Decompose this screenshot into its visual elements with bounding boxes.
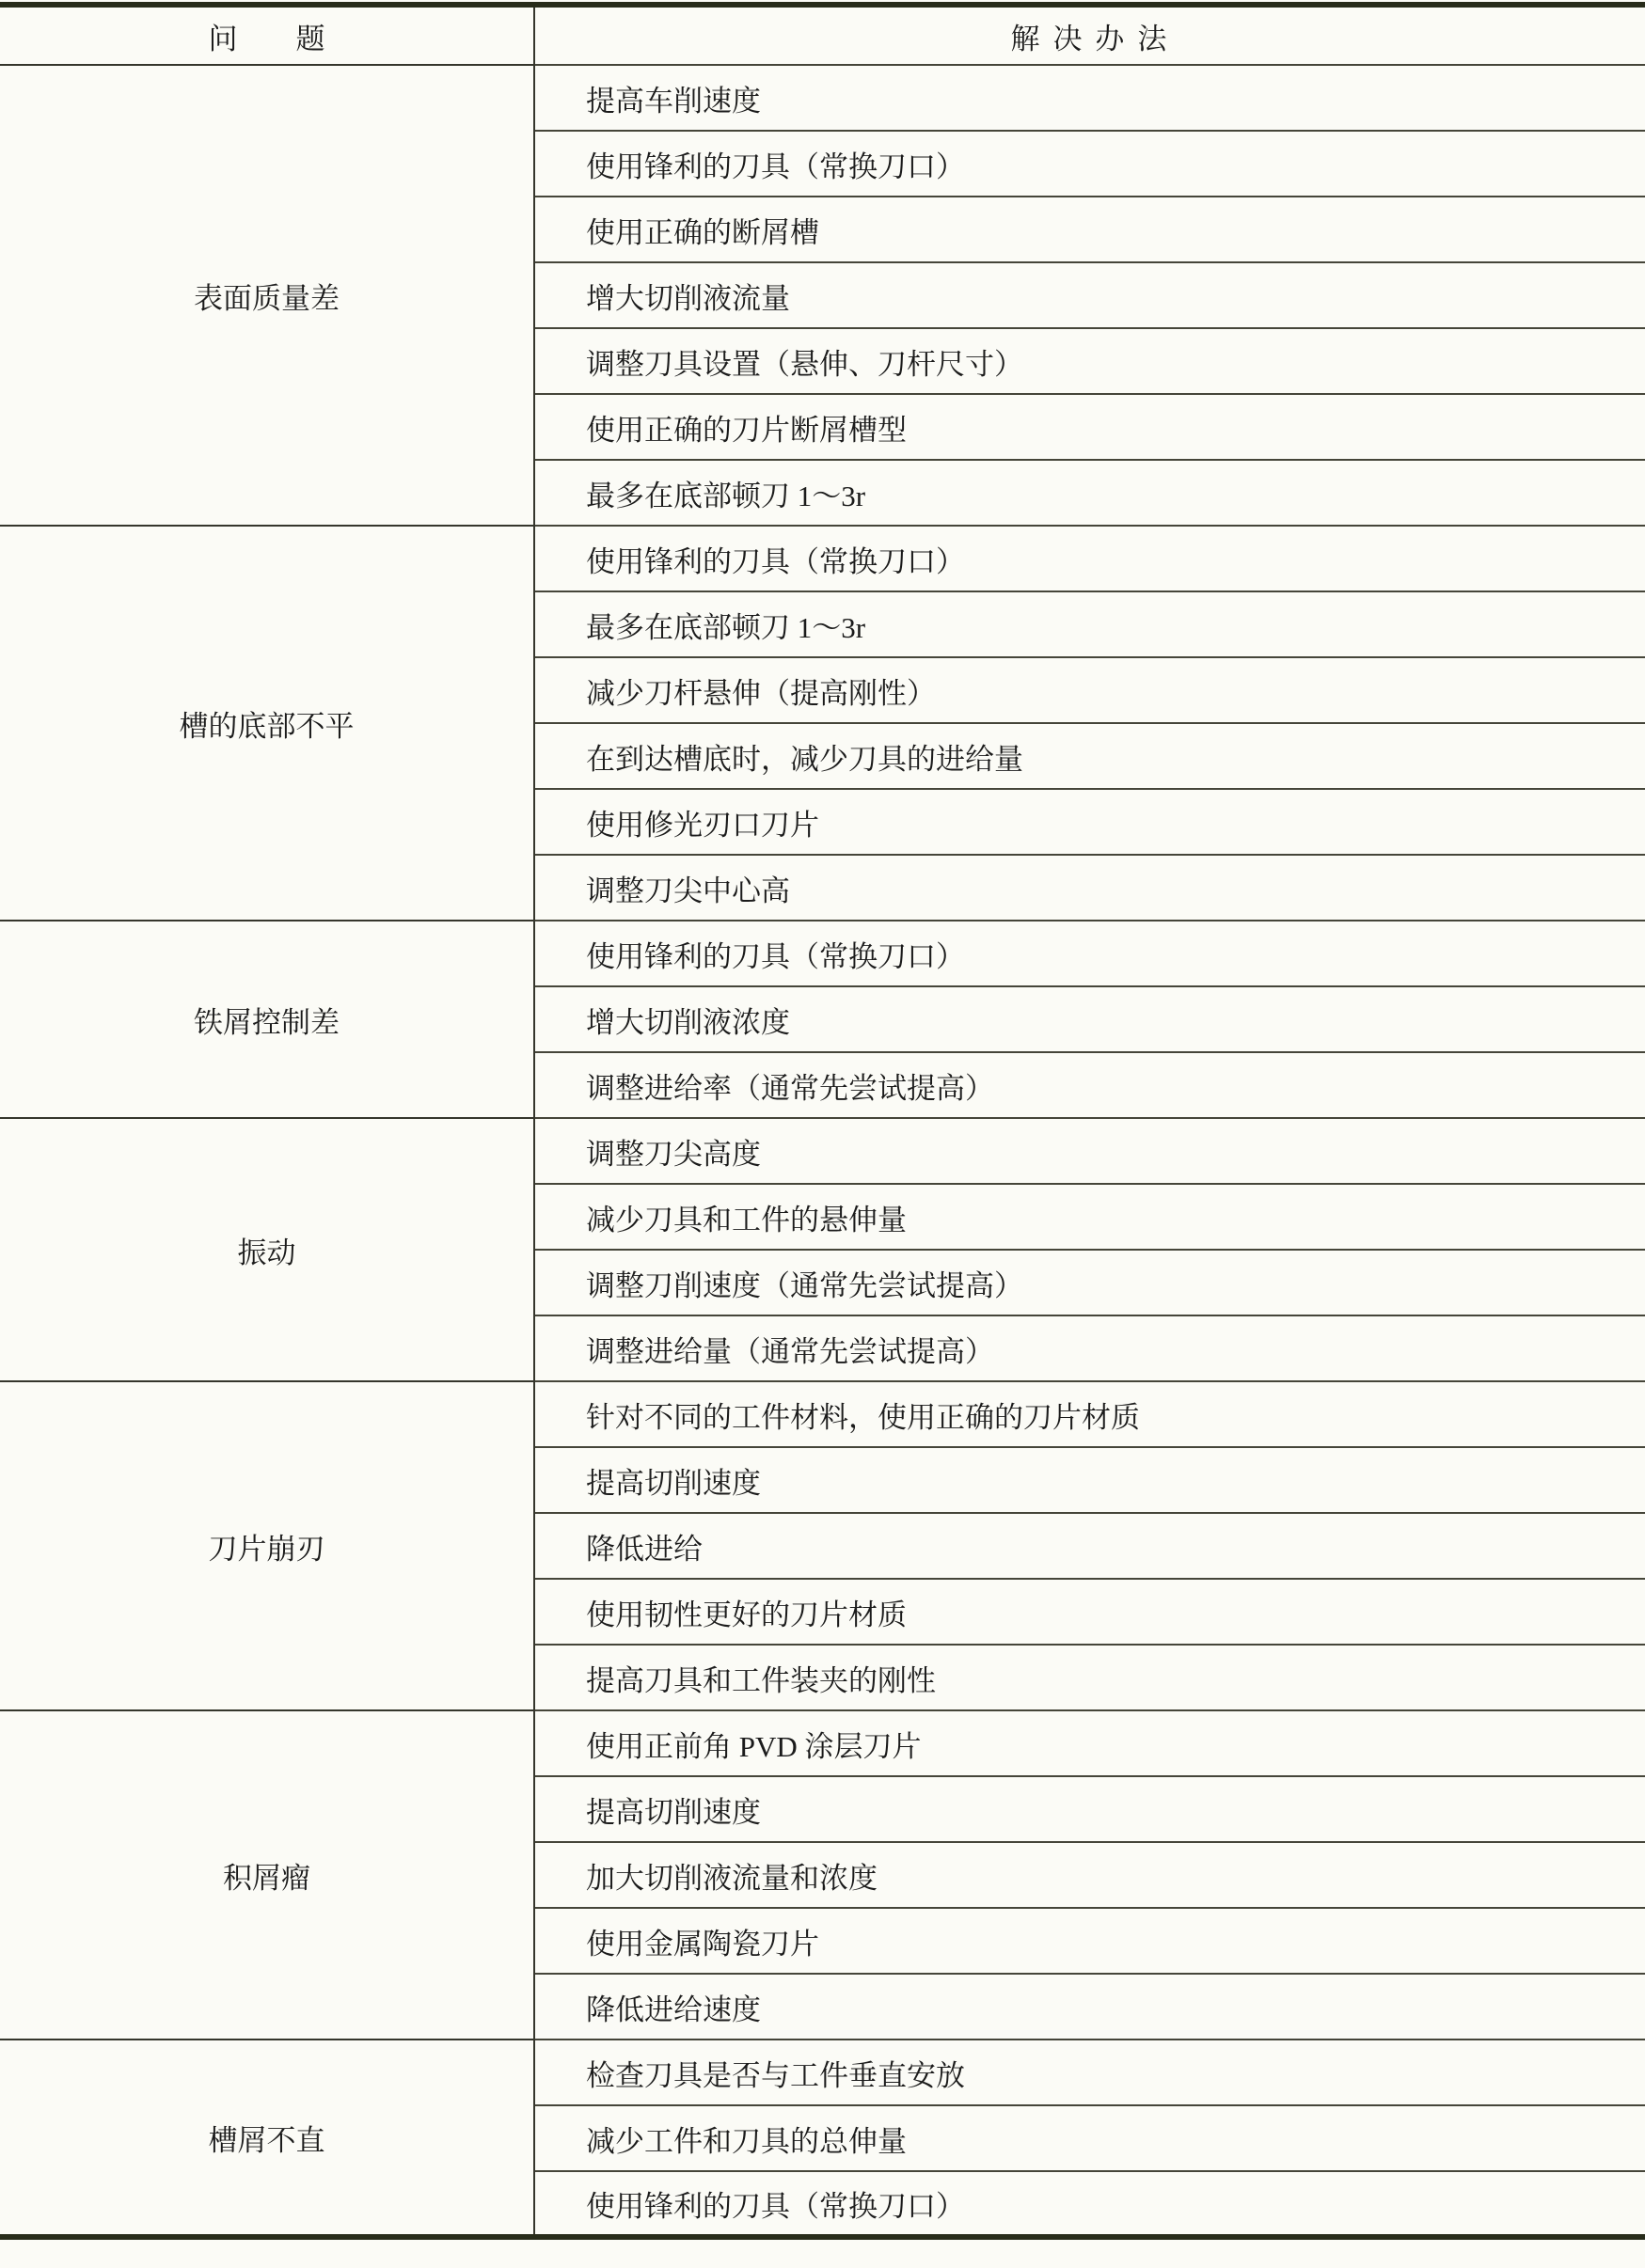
solution-cell: 减少刀杆悬伸（提高刚性） (534, 657, 1645, 723)
problem-cell: 振动 (0, 1118, 534, 1381)
problem-column-header: 问 题 (0, 5, 534, 65)
solution-cell: 提高车削速度 (534, 65, 1645, 131)
solution-cell: 调整刀尖高度 (534, 1118, 1645, 1184)
table-header-row: 问 题 解 决 办 法 (0, 5, 1645, 65)
troubleshooting-table: 问 题 解 决 办 法 表面质量差 提高车削速度 使用锋利的刀具（常换刀口） 使… (0, 2, 1645, 2240)
solution-cell: 减少工件和刀具的总伸量 (534, 2105, 1645, 2171)
solution-cell: 调整刀具设置（悬伸、刀杆尺寸） (534, 328, 1645, 394)
problem-cell: 槽屑不直 (0, 2040, 534, 2237)
solution-cell: 调整进给率（通常先尝试提高） (534, 1052, 1645, 1118)
group-poor-chip-control: 铁屑控制差 使用锋利的刀具（常换刀口） 增大切削液浓度 调整进给率（通常先尝试提… (0, 921, 1645, 1118)
solution-cell: 使用金属陶瓷刀片 (534, 1908, 1645, 1974)
group-vibration: 振动 调整刀尖高度 减少刀具和工件的悬伸量 调整刀削速度（通常先尝试提高） 调整… (0, 1118, 1645, 1381)
solution-cell: 提高切削速度 (534, 1776, 1645, 1842)
solution-cell: 使用正前角 PVD 涂层刀片 (534, 1710, 1645, 1776)
group-groove-chip-not-straight: 槽屑不直 检查刀具是否与工件垂直安放 减少工件和刀具的总伸量 使用锋利的刀具（常… (0, 2040, 1645, 2237)
solution-cell: 提高切削速度 (534, 1447, 1645, 1513)
solution-cell: 使用锋利的刀具（常换刀口） (534, 526, 1645, 591)
solution-cell: 使用锋利的刀具（常换刀口） (534, 921, 1645, 986)
problem-cell: 刀片崩刃 (0, 1381, 534, 1710)
group-uneven-groove-bottom: 槽的底部不平 使用锋利的刀具（常换刀口） 最多在底部顿刀 1～3r 减少刀杆悬伸… (0, 526, 1645, 921)
solution-cell: 降低进给 (534, 1513, 1645, 1579)
solution-cell: 使用正确的断屑槽 (534, 197, 1645, 262)
solution-cell: 调整刀削速度（通常先尝试提高） (534, 1250, 1645, 1315)
problem-cell: 表面质量差 (0, 65, 534, 526)
solution-cell: 最多在底部顿刀 1～3r (534, 591, 1645, 657)
problem-cell: 铁屑控制差 (0, 921, 534, 1118)
solution-cell: 使用锋利的刀具（常换刀口） (534, 131, 1645, 197)
solution-cell: 使用正确的刀片断屑槽型 (534, 394, 1645, 460)
solution-cell: 针对不同的工件材料，使用正确的刀片材质 (534, 1381, 1645, 1447)
problem-cell: 槽的底部不平 (0, 526, 534, 921)
solution-cell: 使用韧性更好的刀片材质 (534, 1579, 1645, 1645)
solution-cell: 减少刀具和工件的悬伸量 (534, 1184, 1645, 1250)
solution-cell: 增大切削液浓度 (534, 986, 1645, 1052)
solution-cell: 最多在底部顿刀 1～3r (534, 460, 1645, 526)
solution-cell: 提高刀具和工件装夹的刚性 (534, 1645, 1645, 1710)
solution-cell: 使用锋利的刀具（常换刀口） (534, 2171, 1645, 2237)
solution-column-header: 解 决 办 法 (534, 5, 1645, 65)
solution-cell: 在到达槽底时，减少刀具的进给量 (534, 723, 1645, 789)
group-built-up-edge: 积屑瘤 使用正前角 PVD 涂层刀片 提高切削速度 加大切削液流量和浓度 使用金… (0, 1710, 1645, 2040)
solution-cell: 调整进给量（通常先尝试提高） (534, 1315, 1645, 1381)
solution-cell: 使用修光刃口刀片 (534, 789, 1645, 855)
group-insert-chipping: 刀片崩刃 针对不同的工件材料，使用正确的刀片材质 提高切削速度 降低进给 使用韧… (0, 1381, 1645, 1710)
solution-cell: 增大切削液流量 (534, 262, 1645, 328)
solution-cell: 加大切削液流量和浓度 (534, 1842, 1645, 1908)
solution-cell: 降低进给速度 (534, 1974, 1645, 2040)
problem-cell: 积屑瘤 (0, 1710, 534, 2040)
solution-cell: 检查刀具是否与工件垂直安放 (534, 2040, 1645, 2105)
group-surface-quality: 表面质量差 提高车削速度 使用锋利的刀具（常换刀口） 使用正确的断屑槽 增大切削… (0, 65, 1645, 526)
solution-cell: 调整刀尖中心高 (534, 855, 1645, 921)
